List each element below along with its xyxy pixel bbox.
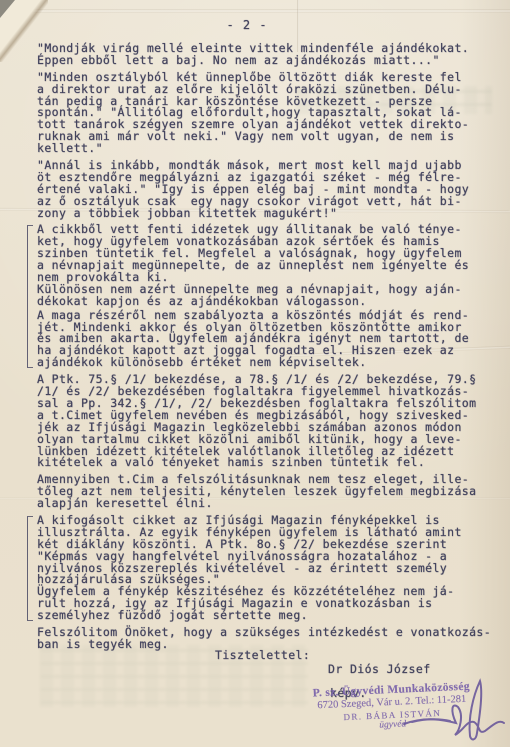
text-line: dékokat kapjon és az ajándékokban váloga… <box>37 296 492 308</box>
paragraph: A kifogásolt cikket az Ifjúsági Magazin … <box>37 515 492 622</box>
text-line: ajándékok különösebb értéket nem képvise… <box>37 357 492 369</box>
paragraph: "Minden osztályból két ünneplőbe öltözöt… <box>37 72 492 155</box>
text-line: kellett." <box>37 143 492 155</box>
fold-crease <box>0 9 510 13</box>
document-page: - 2 - "Mondják virág mellé eleinte vitte… <box>0 0 510 747</box>
margin-bracket-group: A cikkből vett fenti idézetek ugy állita… <box>37 224 492 369</box>
paragraph: Amennyiben t.Cim a felszólitásunknak nem… <box>37 474 492 510</box>
paragraph: A maga részéről nem szabályozta a köszön… <box>37 310 492 369</box>
page-number: - 2 - <box>0 18 494 32</box>
paragraph: "Annál is inkább, mondták mások, mert mo… <box>37 160 492 219</box>
signatory-name: Dr Diós József <box>328 662 431 676</box>
text-line: Éppen ebből lett a baj. No nem az ajándé… <box>37 55 492 67</box>
text-line: ruknak ami már volt neki." Vagy nem volt… <box>37 131 492 143</box>
law-office-stamp: P. sz. Ügyvédi Munkaközösség 6720 Szeged… <box>293 680 491 735</box>
text-line: személyhez füződő jogát sértette meg. <box>37 610 492 622</box>
text-line: kitételek a való tényeket hamis szinben … <box>37 457 492 469</box>
text-line: zony a többiek jobban kitettek magukért!… <box>37 208 492 220</box>
margin-bracket-group: A kifogásolt cikket az Ifjúsági Magazin … <box>37 515 492 622</box>
letter-body: "Mondják virág mellé eleinte vittek mind… <box>37 43 492 656</box>
text-line: alapján keresettel élni. <box>37 498 492 510</box>
paragraph: A Ptk. 75.§ /1/ bekezdése, a 78.§ /1/ és… <box>37 374 492 469</box>
closing-salutation: Tisztelettel: <box>215 648 310 662</box>
paragraph: "Mondják virág mellé eleinte vittek mind… <box>37 43 492 67</box>
paragraph: A cikkből vett fenti idézetek ugy állita… <box>37 224 492 307</box>
scan-background: - 2 - "Mondják virág mellé eleinte vitte… <box>0 0 510 747</box>
